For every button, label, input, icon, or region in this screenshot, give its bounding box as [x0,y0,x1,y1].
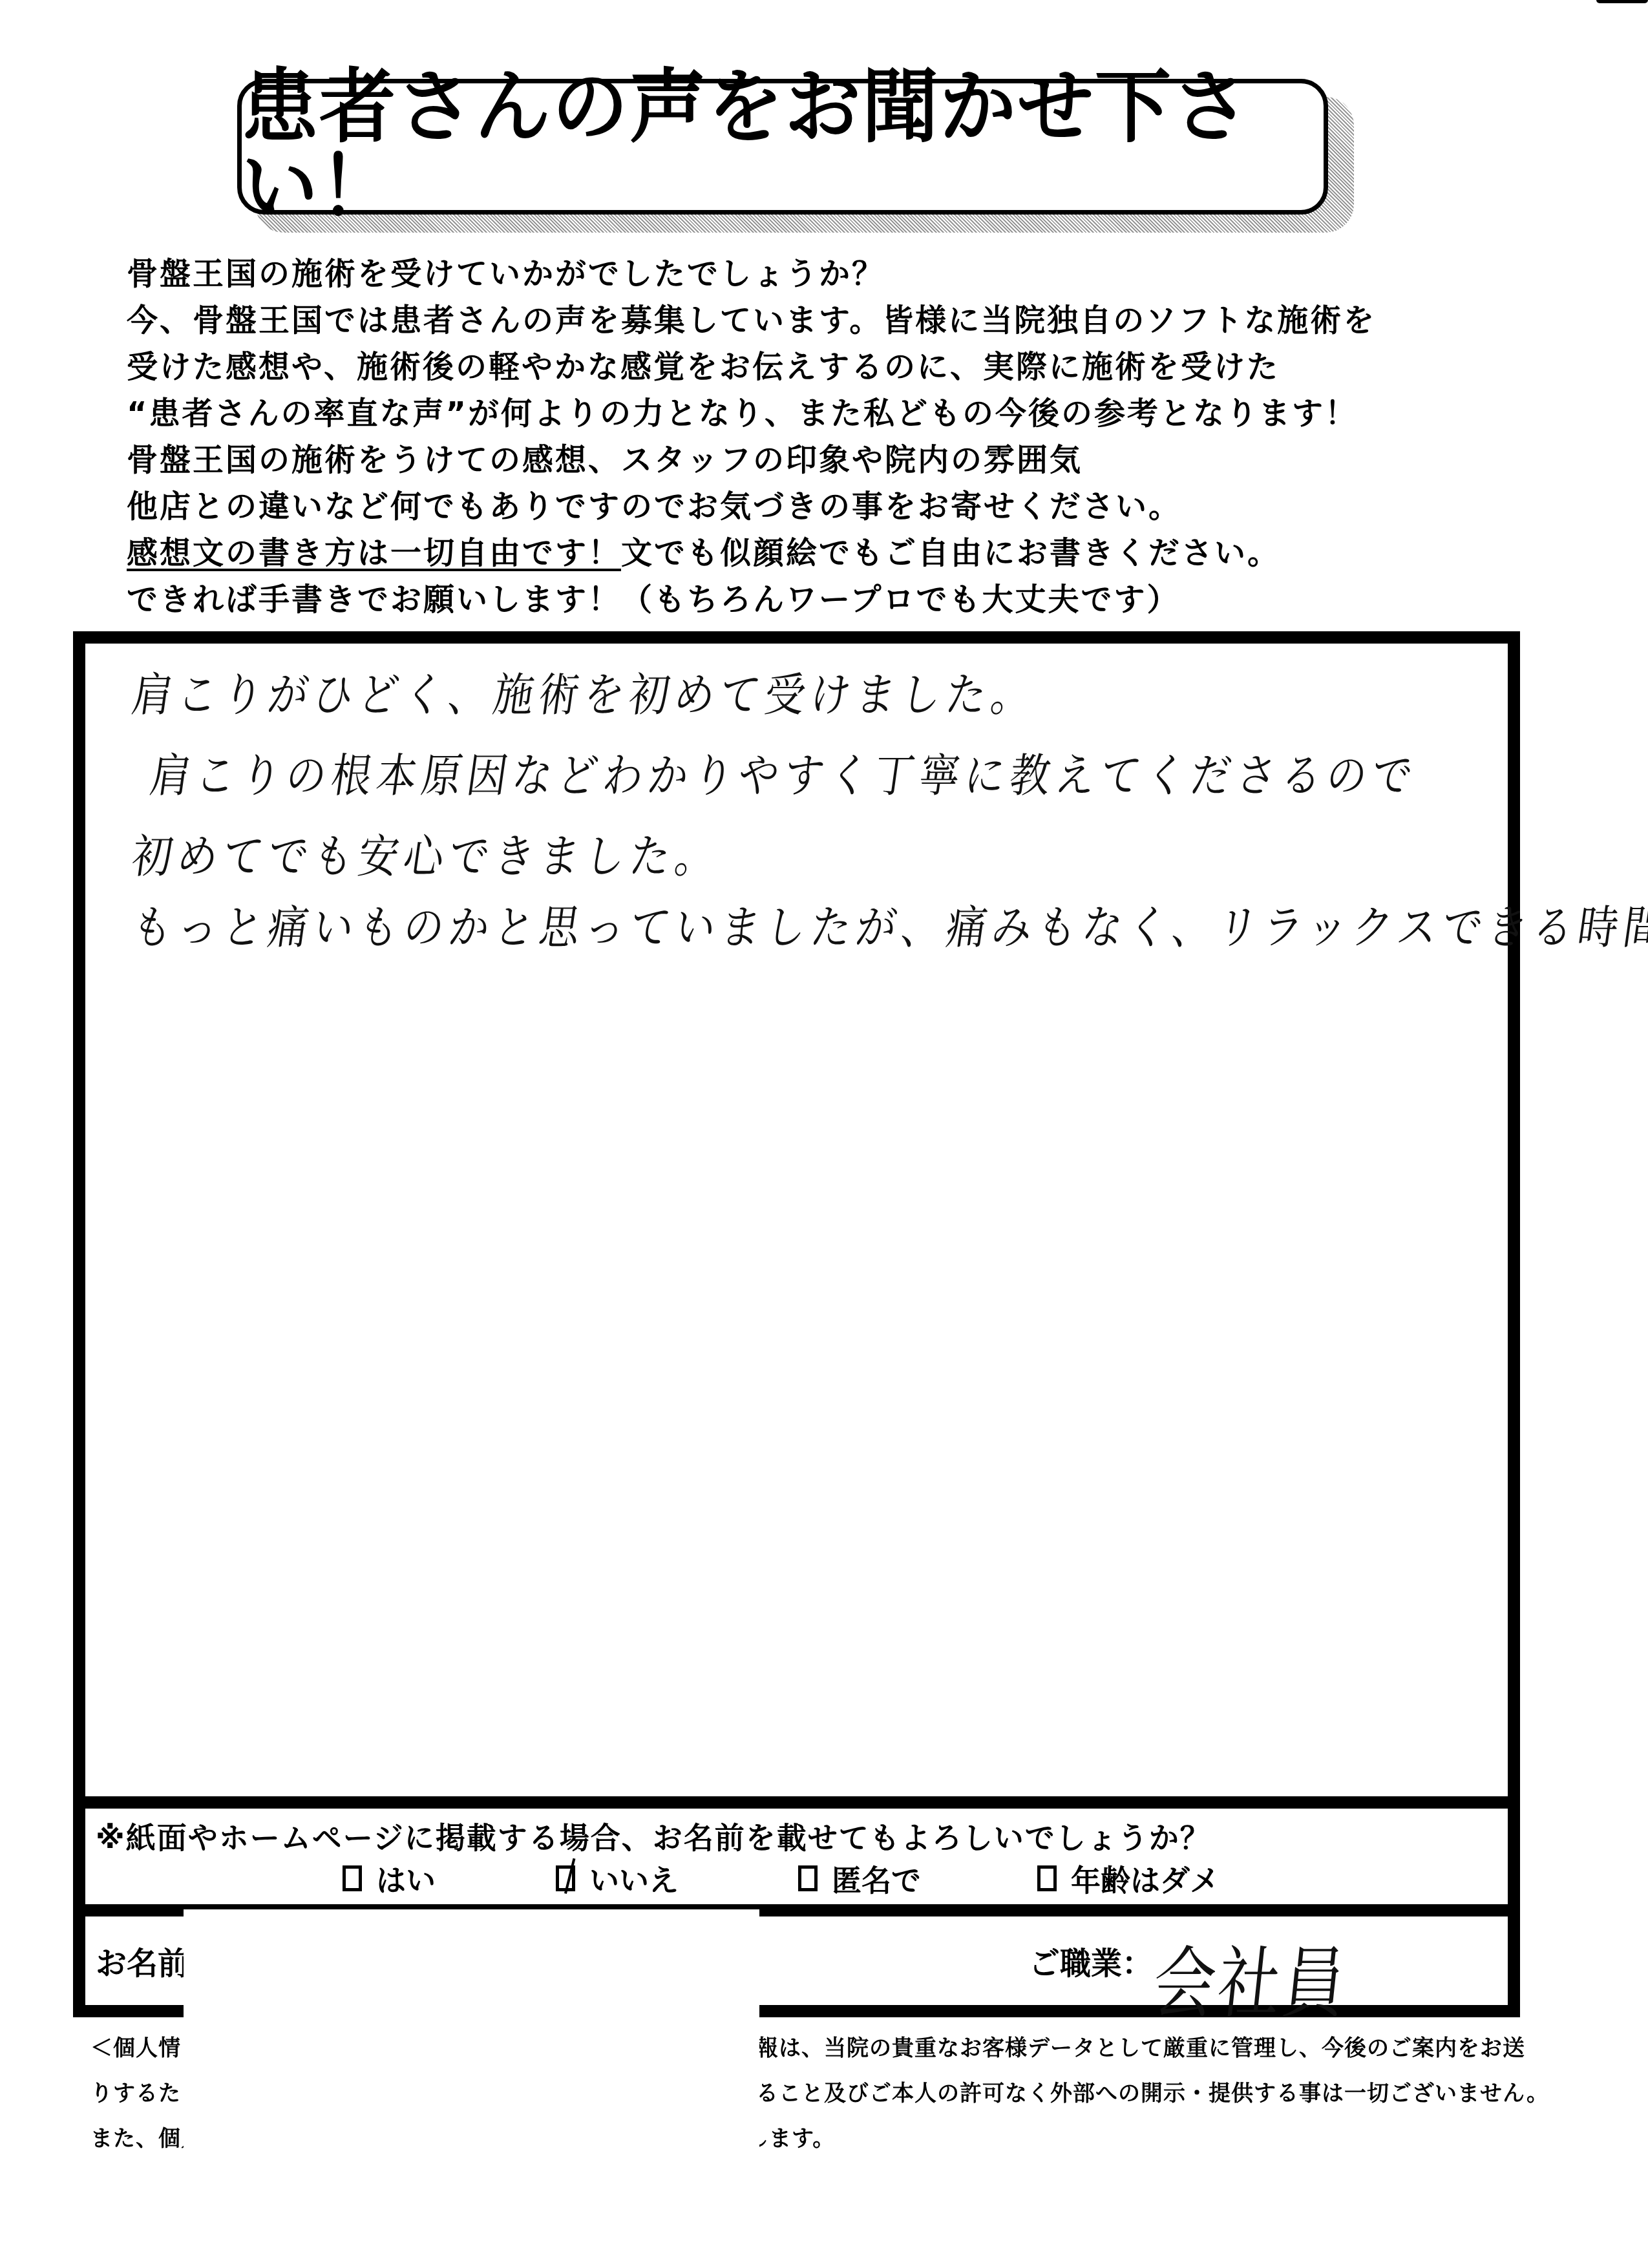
option-label: はい [376,1857,436,1900]
testimonial-line: 肩こりがひどく、施術を初めて受けました。 [129,673,1040,719]
intro-line: 今、骨盤王国では患者さんの声を募集しています。皆様に当院独自のソフトな施術を [127,297,1581,344]
intro-line: できれば手書きでお願いします！（もちろんワープロでも大丈夫です） [127,576,1581,623]
option-label: いいえ [589,1857,679,1900]
option-label: 年齢はダメ [1071,1857,1220,1900]
intro-line: 受けた感想や、施術後の軽やかな感覚をお伝えするのに、実際に施術を受けた [127,344,1581,390]
checkbox-unchecked-icon[interactable] [798,1865,818,1891]
intro-line: 骨盤王国の施術をうけての感想、スタッフの印象や院内の雰囲気 [127,437,1581,483]
consent-option-yes[interactable]: はい [343,1857,436,1900]
testimonial-line: 初めてでも安心できました。 [129,834,724,880]
intro-line: 他店との違いなど何でもありですのでお気づきの事をお寄せください。 [127,483,1581,530]
intro-line: “患者さんの率直な声”が何よりの力となり、また私どもの今後の参考となります！ [127,390,1581,437]
scan-edge-mark [1596,0,1648,3]
checkbox-checked-icon[interactable] [556,1865,575,1891]
redaction-block [184,1909,759,2148]
consent-option-anonymous[interactable]: 匿名で [798,1857,921,1900]
occupation-field-label: ご職業： [1029,1938,1153,1983]
consent-question: ※紙面やホームページに掲載する場合、お名前を載せてもよろしいでしょうか？ [96,1814,1211,1857]
free-format-notice-rest: 文でも似顔絵でもご自由にお書きください。 [621,535,1280,571]
privacy-fragment: りするた [90,2075,181,2107]
intro-line: 骨盤王国の施術を受けていかがでしたでしょうか？ [127,251,1581,297]
option-label: 匿名で [832,1857,921,1900]
page-title: 患者さんの声をお聞かせ下さい！ [242,67,1324,227]
name-field-label: お名前 [96,1938,189,1983]
form-divider [73,1796,1520,1809]
privacy-fragment: ること及びご本人の許可なく外部への開示・提供する事は一切ございません。 [756,2075,1549,2107]
intro-line: 感想文の書き方は一切自由です！文でも似顔絵でもご自由にお書きください。 [127,530,1581,576]
occupation-field-value[interactable]: 会社員 [1148,1922,1354,2033]
checkbox-unchecked-icon[interactable] [1037,1865,1057,1891]
free-format-notice: 感想文の書き方は一切自由です！ [127,535,621,571]
privacy-fragment: ＜個人情 [90,2030,181,2062]
testimonial-line: もっと痛いものかと思っていましたが、痛みもなく、リラックスできる時間です。 [129,905,1648,951]
privacy-fragment: 報は、当院の貴重なお客様データとして厳重に管理し、今後のご案内をお送 [756,2030,1525,2062]
consent-option-no-age[interactable]: 年齢はダメ [1037,1857,1220,1900]
consent-option-no[interactable]: いいえ [556,1857,679,1900]
intro-text: 骨盤王国の施術を受けていかがでしたでしょうか？ 今、骨盤王国では患者さんの声を募… [127,251,1581,623]
testimonial-line: 肩こりの根本原因などわかりやすく丁寧に教えてくださるので [147,753,1421,799]
title-banner: 患者さんの声をお聞かせ下さい！ [237,79,1328,215]
checkbox-unchecked-icon[interactable] [343,1865,362,1891]
